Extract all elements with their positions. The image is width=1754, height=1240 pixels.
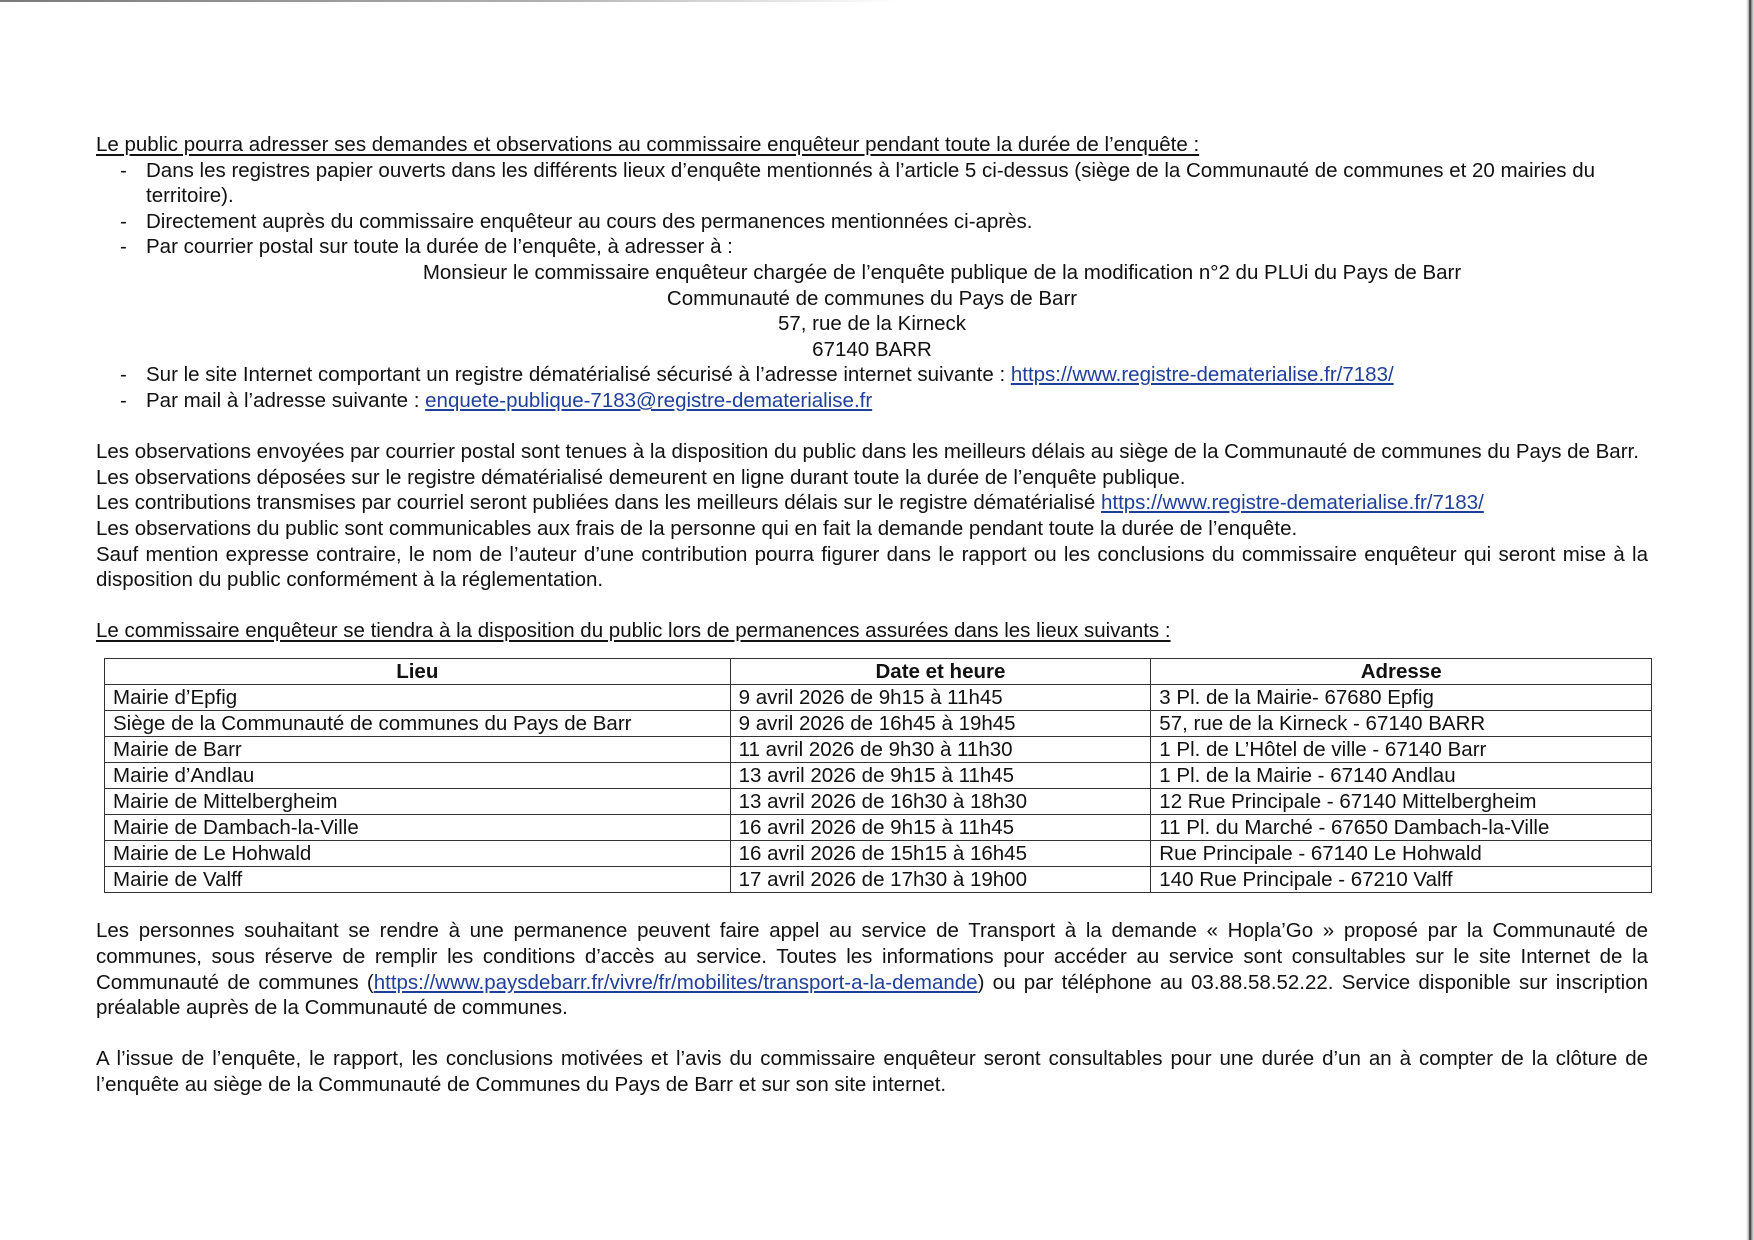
permanences-table: Lieu Date et heure Adresse Mairie d’Epfi…: [104, 658, 1652, 893]
cell-date-heure: 13 avril 2026 de 9h15 à 11h45: [730, 762, 1151, 788]
web-item-text: Sur le site Internet comportant un regis…: [146, 363, 1011, 386]
cell-date-heure: 11 avril 2026 de 9h30 à 11h30: [730, 736, 1151, 762]
cell-adresse: 140 Rue Principale - 67210 Valff: [1151, 866, 1652, 892]
scan-edge-top: [0, 0, 900, 2]
cell-adresse: Rue Principale - 67140 Le Hohwald: [1151, 840, 1652, 866]
table-row: Mairie de Le Hohwald16 avril 2026 de 15h…: [105, 840, 1652, 866]
cell-lieu: Mairie de Valff: [105, 866, 731, 892]
scan-edge-right: [1746, 0, 1754, 1240]
address-line: Communauté de communes du Pays de Barr: [96, 286, 1648, 312]
cell-date-heure: 16 avril 2026 de 15h15 à 16h45: [730, 840, 1151, 866]
document-page: Le public pourra adresser ses demandes e…: [96, 132, 1648, 1098]
transport-paragraph: Les personnes souhaitant se rendre à une…: [96, 918, 1648, 1020]
cell-lieu: Siège de la Communauté de communes du Pa…: [105, 710, 731, 736]
list-item: Directement auprès du commissaire enquêt…: [146, 209, 1648, 235]
table-row: Mairie de Mittelbergheim13 avril 2026 de…: [105, 788, 1652, 814]
table-header-row: Lieu Date et heure Adresse: [105, 658, 1652, 684]
cell-adresse: 1 Pl. de L’Hôtel de ville - 67140 Barr: [1151, 736, 1652, 762]
permanences-table-body: Mairie d’Epfig9 avril 2026 de 9h15 à 11h…: [105, 684, 1652, 892]
cell-adresse: 11 Pl. du Marché - 67650 Dambach-la-Vill…: [1151, 814, 1652, 840]
column-header-date: Date et heure: [730, 658, 1151, 684]
cell-adresse: 3 Pl. de la Mairie- 67680 Epfig: [1151, 684, 1652, 710]
cell-lieu: Mairie de Mittelbergheim: [105, 788, 731, 814]
cell-lieu: Mairie d’Epfig: [105, 684, 731, 710]
spacer: [96, 1021, 1648, 1047]
table-row: Siège de la Communauté de communes du Pa…: [105, 710, 1652, 736]
cell-date-heure: 9 avril 2026 de 16h45 à 19h45: [730, 710, 1151, 736]
observations-paragraph-1: Les observations envoyées par courrier p…: [96, 439, 1648, 465]
contact-methods-list-online: Sur le site Internet comportant un regis…: [96, 362, 1648, 413]
cell-lieu: Mairie de Dambach-la-Ville: [105, 814, 731, 840]
address-line: 67140 BARR: [96, 337, 1648, 363]
spacer: [96, 644, 1648, 658]
column-header-adresse: Adresse: [1151, 658, 1652, 684]
registre-link[interactable]: https://www.registre-dematerialise.fr/71…: [1011, 363, 1394, 386]
permanences-heading: Le commissaire enquêteur se tiendra à la…: [96, 618, 1648, 644]
cell-adresse: 12 Rue Principale - 67140 Mittelbergheim: [1151, 788, 1652, 814]
observations-paragraph-2: Les observations déposées sur le registr…: [96, 465, 1648, 491]
table-row: Mairie de Barr11 avril 2026 de 9h30 à 11…: [105, 736, 1652, 762]
cell-lieu: Mairie de Barr: [105, 736, 731, 762]
spacer: [96, 893, 1648, 919]
registre-link-2[interactable]: https://www.registre-dematerialise.fr/71…: [1101, 491, 1484, 514]
spacer: [96, 414, 1648, 440]
cell-adresse: 57, rue de la Kirneck - 67140 BARR: [1151, 710, 1652, 736]
cell-adresse: 1 Pl. de la Mairie - 67140 Andlau: [1151, 762, 1652, 788]
cell-date-heure: 16 avril 2026 de 9h15 à 11h45: [730, 814, 1151, 840]
table-row: Mairie de Valff17 avril 2026 de 17h30 à …: [105, 866, 1652, 892]
cell-date-heure: 13 avril 2026 de 16h30 à 18h30: [730, 788, 1151, 814]
contact-heading: Le public pourra adresser ses demandes e…: [96, 132, 1648, 158]
observations-p3-text: Les contributions transmises par courrie…: [96, 491, 1101, 514]
postal-address: Monsieur le commissaire enquêteur chargé…: [96, 260, 1648, 362]
observations-paragraph-3: Les contributions transmises par courrie…: [96, 490, 1648, 516]
cell-date-heure: 17 avril 2026 de 17h30 à 19h00: [730, 866, 1151, 892]
address-line: 57, rue de la Kirneck: [96, 311, 1648, 337]
transport-link[interactable]: https://www.paysdebarr.fr/vivre/fr/mobil…: [374, 971, 978, 994]
list-item: Dans les registres papier ouverts dans l…: [146, 158, 1648, 209]
cell-date-heure: 9 avril 2026 de 9h15 à 11h45: [730, 684, 1151, 710]
mail-item-text: Par mail à l’adresse suivante :: [146, 389, 425, 412]
list-item: Par courrier postal sur toute la durée d…: [146, 234, 1648, 260]
list-item-web: Sur le site Internet comportant un regis…: [146, 362, 1648, 388]
list-item-mail: Par mail à l’adresse suivante : enquete-…: [146, 388, 1648, 414]
column-header-lieu: Lieu: [105, 658, 731, 684]
closing-paragraph: A l’issue de l’enquête, le rapport, les …: [96, 1046, 1648, 1097]
table-row: Mairie d’Andlau13 avril 2026 de 9h15 à 1…: [105, 762, 1652, 788]
cell-lieu: Mairie de Le Hohwald: [105, 840, 731, 866]
cell-lieu: Mairie d’Andlau: [105, 762, 731, 788]
observations-paragraph-5: Sauf mention expresse contraire, le nom …: [96, 542, 1648, 593]
table-row: Mairie de Dambach-la-Ville16 avril 2026 …: [105, 814, 1652, 840]
spacer: [96, 593, 1648, 619]
email-link[interactable]: enquete-publique-7183@registre-demateria…: [425, 389, 872, 412]
table-row: Mairie d’Epfig9 avril 2026 de 9h15 à 11h…: [105, 684, 1652, 710]
address-line: Monsieur le commissaire enquêteur chargé…: [96, 260, 1648, 286]
contact-methods-list: Dans les registres papier ouverts dans l…: [96, 158, 1648, 260]
observations-paragraph-4: Les observations du public sont communic…: [96, 516, 1648, 542]
